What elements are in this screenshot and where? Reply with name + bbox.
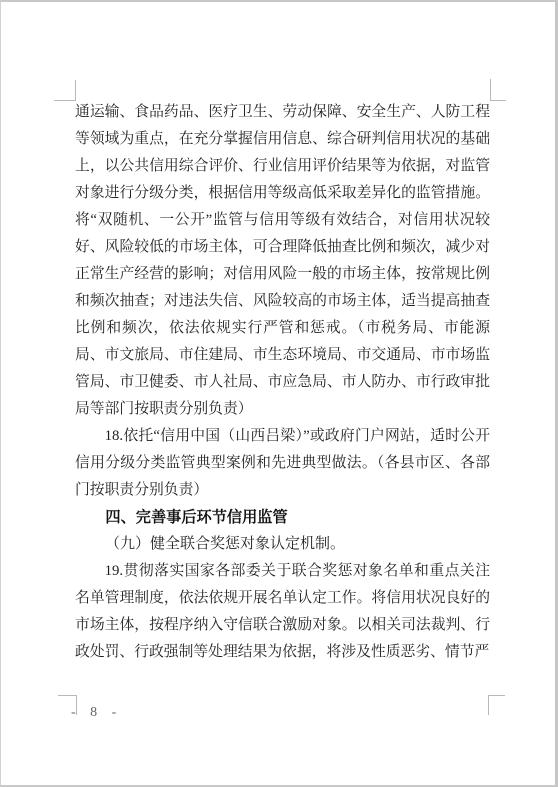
crop-mark-top-left-icon [54, 80, 76, 101]
paragraph-continued-item-17: 通运输、食品药品、医疗卫生、劳动保障、安全生产、人防工程等领域为重点，在充分掌握… [75, 99, 490, 423]
page-number: - 8 - [71, 705, 116, 721]
paragraph-item-19: 19.贯彻落实国家各部委关于联合奖惩对象名单和重点关注名单管理制度，依法依规开展… [75, 558, 490, 666]
crop-mark-bottom-right-icon [488, 695, 505, 715]
crop-mark-top-right-icon [490, 79, 506, 101]
paragraph-item-18: 18.依托“信用中国（山西吕梁）”或政府门户网站，适时公开信用分级分类监管典型案… [75, 423, 490, 504]
text-body: 通运输、食品药品、医疗卫生、劳动保障、安全生产、人防工程等领域为重点，在充分掌握… [75, 99, 490, 666]
document-page: 通运输、食品药品、医疗卫生、劳动保障、安全生产、人防工程等领域为重点，在充分掌握… [0, 0, 558, 787]
subsection-heading-9: （九）健全联合奖惩对象认定机制。 [75, 531, 490, 558]
section-heading-4: 四、完善事后环节信用监管 [75, 504, 490, 531]
